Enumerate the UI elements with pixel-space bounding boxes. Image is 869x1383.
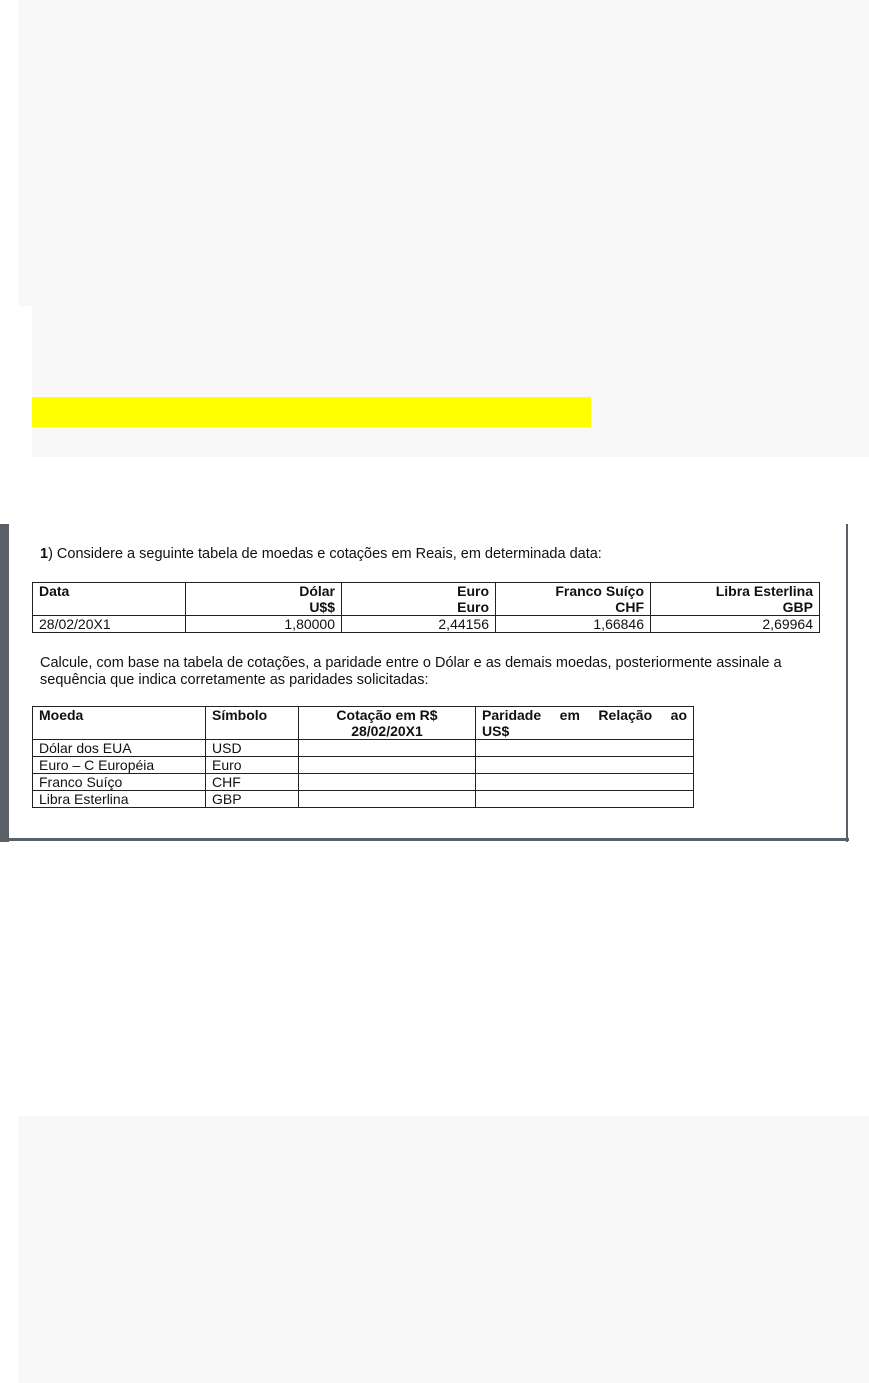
rates-header-libra: Libra EsterlinaGBP	[651, 583, 820, 616]
table-row: 28/02/20X1 1,80000 2,44156 1,66846 2,699…	[33, 616, 820, 633]
rates-header-row: Data DólarU$$ EuroEuro Franco SuíçoCHF L…	[33, 583, 820, 616]
rates-header-franco: Franco SuíçoCHF	[496, 583, 651, 616]
parity-cell-paridade	[476, 774, 694, 791]
frame-right-border	[846, 524, 848, 842]
parity-header-simbolo: Símbolo	[206, 707, 299, 740]
parity-table: Moeda Símbolo Cotação em R$28/02/20X1 Pa…	[32, 706, 694, 808]
blank-panel-middle	[32, 306, 869, 457]
rates-header-dolar: DólarU$$	[186, 583, 342, 616]
rates-cell-libra: 2,69964	[651, 616, 820, 633]
rates-cell-date: 28/02/20X1	[33, 616, 186, 633]
parity-cell-paridade	[476, 740, 694, 757]
parity-cell-moeda: Franco Suíço	[33, 774, 206, 791]
parity-cell-moeda: Dólar dos EUA	[33, 740, 206, 757]
parity-cell-simbolo: USD	[206, 740, 299, 757]
parity-header-row: Moeda Símbolo Cotação em R$28/02/20X1 Pa…	[33, 707, 694, 740]
parity-cell-cotacao	[299, 757, 476, 774]
question-number: 1	[40, 546, 48, 562]
rates-header-euro: EuroEuro	[342, 583, 496, 616]
parity-cell-simbolo: CHF	[206, 774, 299, 791]
question-intro-text: ) Considere a seguinte tabela de moedas …	[48, 546, 602, 562]
question-intro: 1) Considere a seguinte tabela de moedas…	[40, 546, 602, 563]
blank-panel-top	[18, 0, 869, 306]
frame-bottom-border	[0, 838, 849, 841]
parity-cell-simbolo: GBP	[206, 791, 299, 808]
parity-header-paridade: Paridade em Relação aoUS$	[476, 707, 694, 740]
parity-header-cotacao: Cotação em R$28/02/20X1	[299, 707, 476, 740]
blank-panel-bottom	[18, 1116, 869, 1383]
rates-cell-franco: 1,66846	[496, 616, 651, 633]
parity-cell-paridade	[476, 757, 694, 774]
rates-cell-dolar: 1,80000	[186, 616, 342, 633]
table-row: Euro – C Européia Euro	[33, 757, 694, 774]
parity-cell-simbolo: Euro	[206, 757, 299, 774]
rates-cell-euro: 2,44156	[342, 616, 496, 633]
frame-left-border	[0, 524, 9, 842]
document-screenshot: 1) Considere a seguinte tabela de moedas…	[0, 524, 849, 842]
yellow-highlight-bar	[32, 397, 591, 427]
table-row: Dólar dos EUA USD	[33, 740, 694, 757]
parity-header-moeda: Moeda	[33, 707, 206, 740]
parity-cell-moeda: Euro – C Européia	[33, 757, 206, 774]
rates-table: Data DólarU$$ EuroEuro Franco SuíçoCHF L…	[32, 582, 820, 633]
parity-cell-cotacao	[299, 774, 476, 791]
question-instruction: Calcule, com base na tabela de cotações,…	[40, 655, 830, 689]
parity-cell-cotacao	[299, 740, 476, 757]
parity-cell-moeda: Libra Esterlina	[33, 791, 206, 808]
table-row: Franco Suíço CHF	[33, 774, 694, 791]
parity-cell-cotacao	[299, 791, 476, 808]
table-row: Libra Esterlina GBP	[33, 791, 694, 808]
parity-cell-paridade	[476, 791, 694, 808]
rates-header-data: Data	[33, 583, 186, 616]
